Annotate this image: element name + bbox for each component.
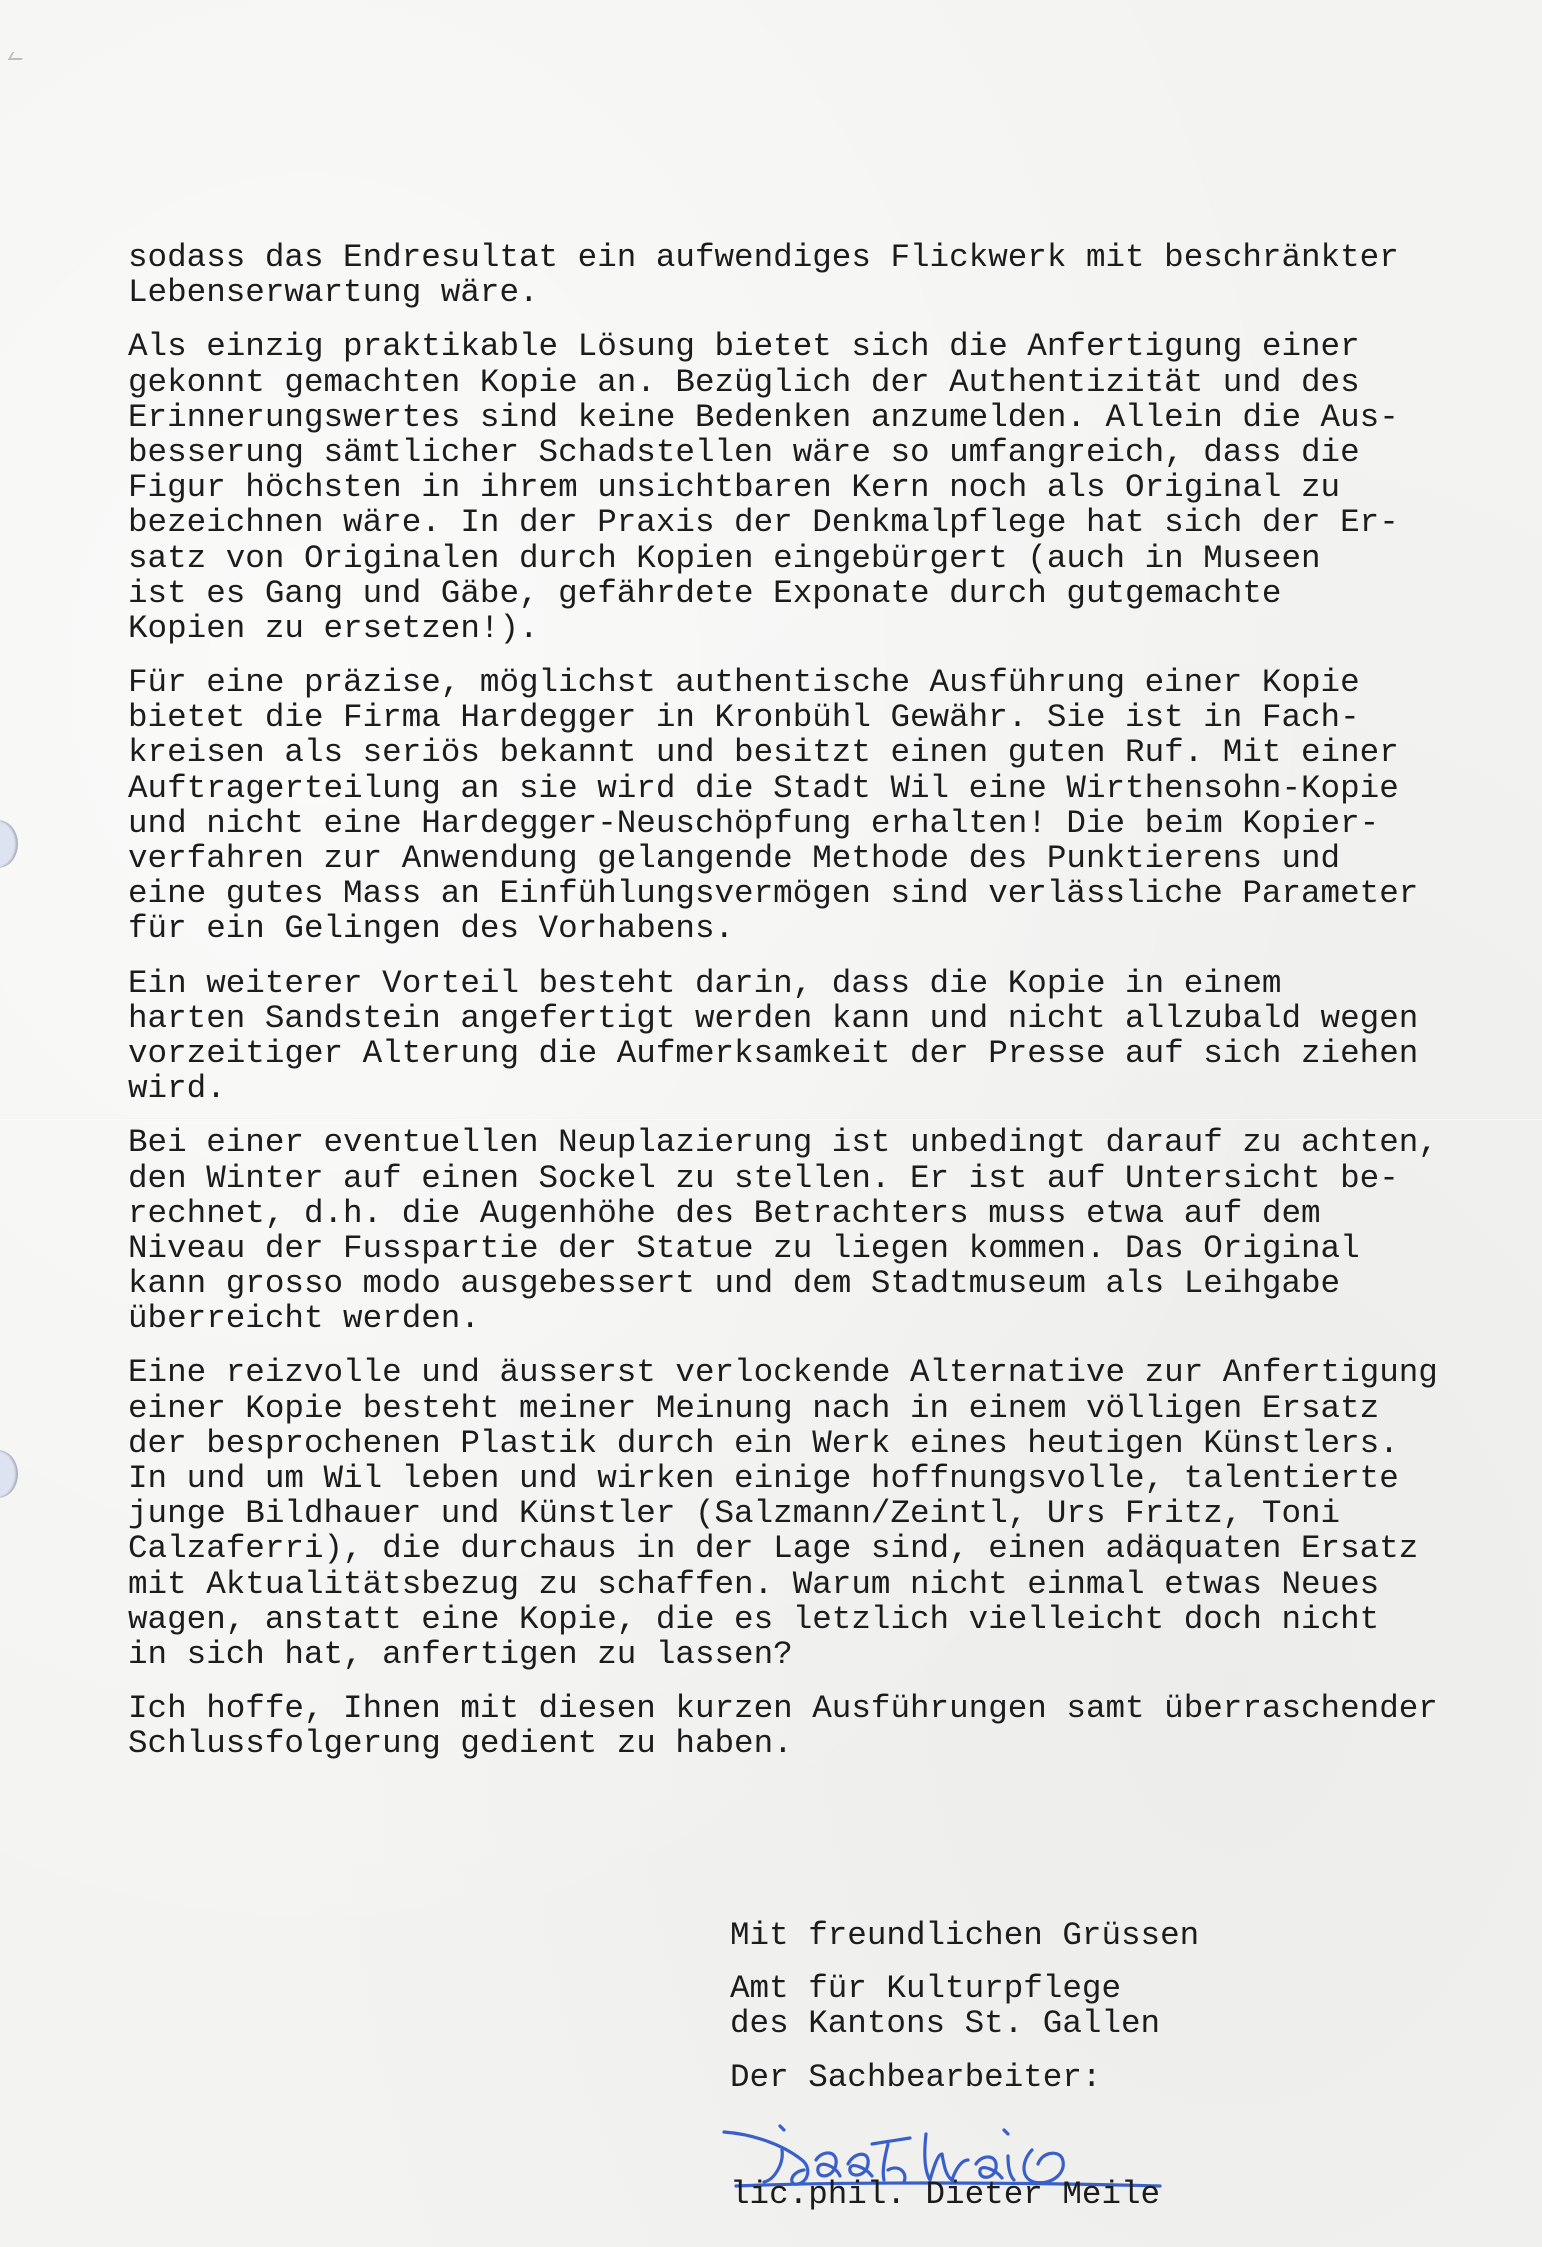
- text-line: Schlussfolgerung gedient zu haben.: [128, 1726, 1508, 1761]
- text-line: rechnet, d.h. die Augenhöhe des Betracht…: [128, 1196, 1508, 1231]
- text-line: Niveau der Fusspartie der Statue zu lieg…: [128, 1231, 1508, 1266]
- signatory-role: Der Sachbearbeiter:: [730, 2060, 1199, 2095]
- text-line: verfahren zur Anwendung gelangende Metho…: [128, 841, 1508, 876]
- text-line: ist es Gang und Gäbe, gefährdete Exponat…: [128, 576, 1508, 611]
- text-line: satz von Originalen durch Kopien eingebü…: [128, 541, 1508, 576]
- text-line: Kopien zu ersetzen!).: [128, 611, 1508, 646]
- text-line: bezeichnen wäre. In der Praxis der Denkm…: [128, 505, 1508, 540]
- paragraph: sodass das Endresultat ein aufwendiges F…: [128, 240, 1508, 310]
- text-line: wird.: [128, 1071, 1508, 1106]
- text-line: In und um Wil leben und wirken einige ho…: [128, 1461, 1508, 1496]
- text-line: Auftragerteilung an sie wird die Stadt W…: [128, 771, 1508, 806]
- text-line: vorzeitiger Alterung die Aufmerksamkeit …: [128, 1036, 1508, 1071]
- text-line: der besprochenen Plastik durch ein Werk …: [128, 1426, 1508, 1461]
- text-line: Bei einer eventuellen Neuplazierung ist …: [128, 1125, 1508, 1160]
- text-line: Ich hoffe, Ihnen mit diesen kurzen Ausfü…: [128, 1691, 1508, 1726]
- text-line: überreicht werden.: [128, 1301, 1508, 1336]
- paragraph: Ich hoffe, Ihnen mit diesen kurzen Ausfü…: [128, 1691, 1508, 1761]
- signatory-name: lic.phil. Dieter Meile: [730, 2177, 1160, 2212]
- closing-greeting: Mit freundlichen Grüssen: [730, 1918, 1199, 1953]
- closing-block: Mit freundlichen Grüssen Amt für Kulturp…: [730, 1918, 1199, 2095]
- text-line: für ein Gelingen des Vorhabens.: [128, 911, 1508, 946]
- paragraph: Als einzig praktikable Lösung bietet sic…: [128, 329, 1508, 646]
- text-line: einer Kopie besteht meiner Meinung nach …: [128, 1391, 1508, 1426]
- text-line: wagen, anstatt eine Kopie, die es letzli…: [128, 1602, 1508, 1637]
- paragraph: Ein weiterer Vorteil besteht darin, dass…: [128, 966, 1508, 1107]
- text-line: Figur höchsten in ihrem unsichtbaren Ker…: [128, 470, 1508, 505]
- text-line: mit Aktualitätsbezug zu schaffen. Warum …: [128, 1567, 1508, 1602]
- text-line: junge Bildhauer und Künstler (Salzmann/Z…: [128, 1496, 1508, 1531]
- text-line: Calzaferri), die durchaus in der Lage si…: [128, 1531, 1508, 1566]
- text-line: bietet die Firma Hardegger in Kronbühl G…: [128, 700, 1508, 735]
- paragraph: Eine reizvolle und äusserst verlockende …: [128, 1355, 1508, 1672]
- text-line: eine gutes Mass an Einfühlungsvermögen s…: [128, 876, 1508, 911]
- text-line: kann grosso modo ausgebessert und dem St…: [128, 1266, 1508, 1301]
- office-canton: des Kantons St. Gallen: [730, 2006, 1199, 2041]
- text-line: harten Sandstein angefertigt werden kann…: [128, 1001, 1508, 1036]
- text-line: gekonnt gemachten Kopie an. Bezüglich de…: [128, 365, 1508, 400]
- text-line: Für eine präzise, möglichst authentische…: [128, 665, 1508, 700]
- letter-body: sodass das Endresultat ein aufwendiges F…: [128, 240, 1508, 1781]
- paragraph: Bei einer eventuellen Neuplazierung ist …: [128, 1125, 1508, 1336]
- office-name: Amt für Kulturpflege: [730, 1971, 1199, 2006]
- text-line: und nicht eine Hardegger-Neuschöpfung er…: [128, 806, 1508, 841]
- text-line: kreisen als seriös bekannt und besitzt e…: [128, 735, 1508, 770]
- text-line: Lebenserwartung wäre.: [128, 275, 1508, 310]
- paragraph: Für eine präzise, möglichst authentische…: [128, 665, 1508, 947]
- signatory-block: lic.phil. Dieter Meile: [730, 2177, 1160, 2212]
- text-line: sodass das Endresultat ein aufwendiges F…: [128, 240, 1508, 275]
- text-line: Ein weiterer Vorteil besteht darin, dass…: [128, 966, 1508, 1001]
- text-line: den Winter auf einen Sockel zu stellen. …: [128, 1161, 1508, 1196]
- text-line: Eine reizvolle und äusserst verlockende …: [128, 1355, 1508, 1390]
- text-line: besserung sämtlicher Schadstellen wäre s…: [128, 435, 1508, 470]
- text-line: in sich hat, anfertigen zu lassen?: [128, 1637, 1508, 1672]
- text-line: Als einzig praktikable Lösung bietet sic…: [128, 329, 1508, 364]
- text-line: Erinnerungswertes sind keine Bedenken an…: [128, 400, 1508, 435]
